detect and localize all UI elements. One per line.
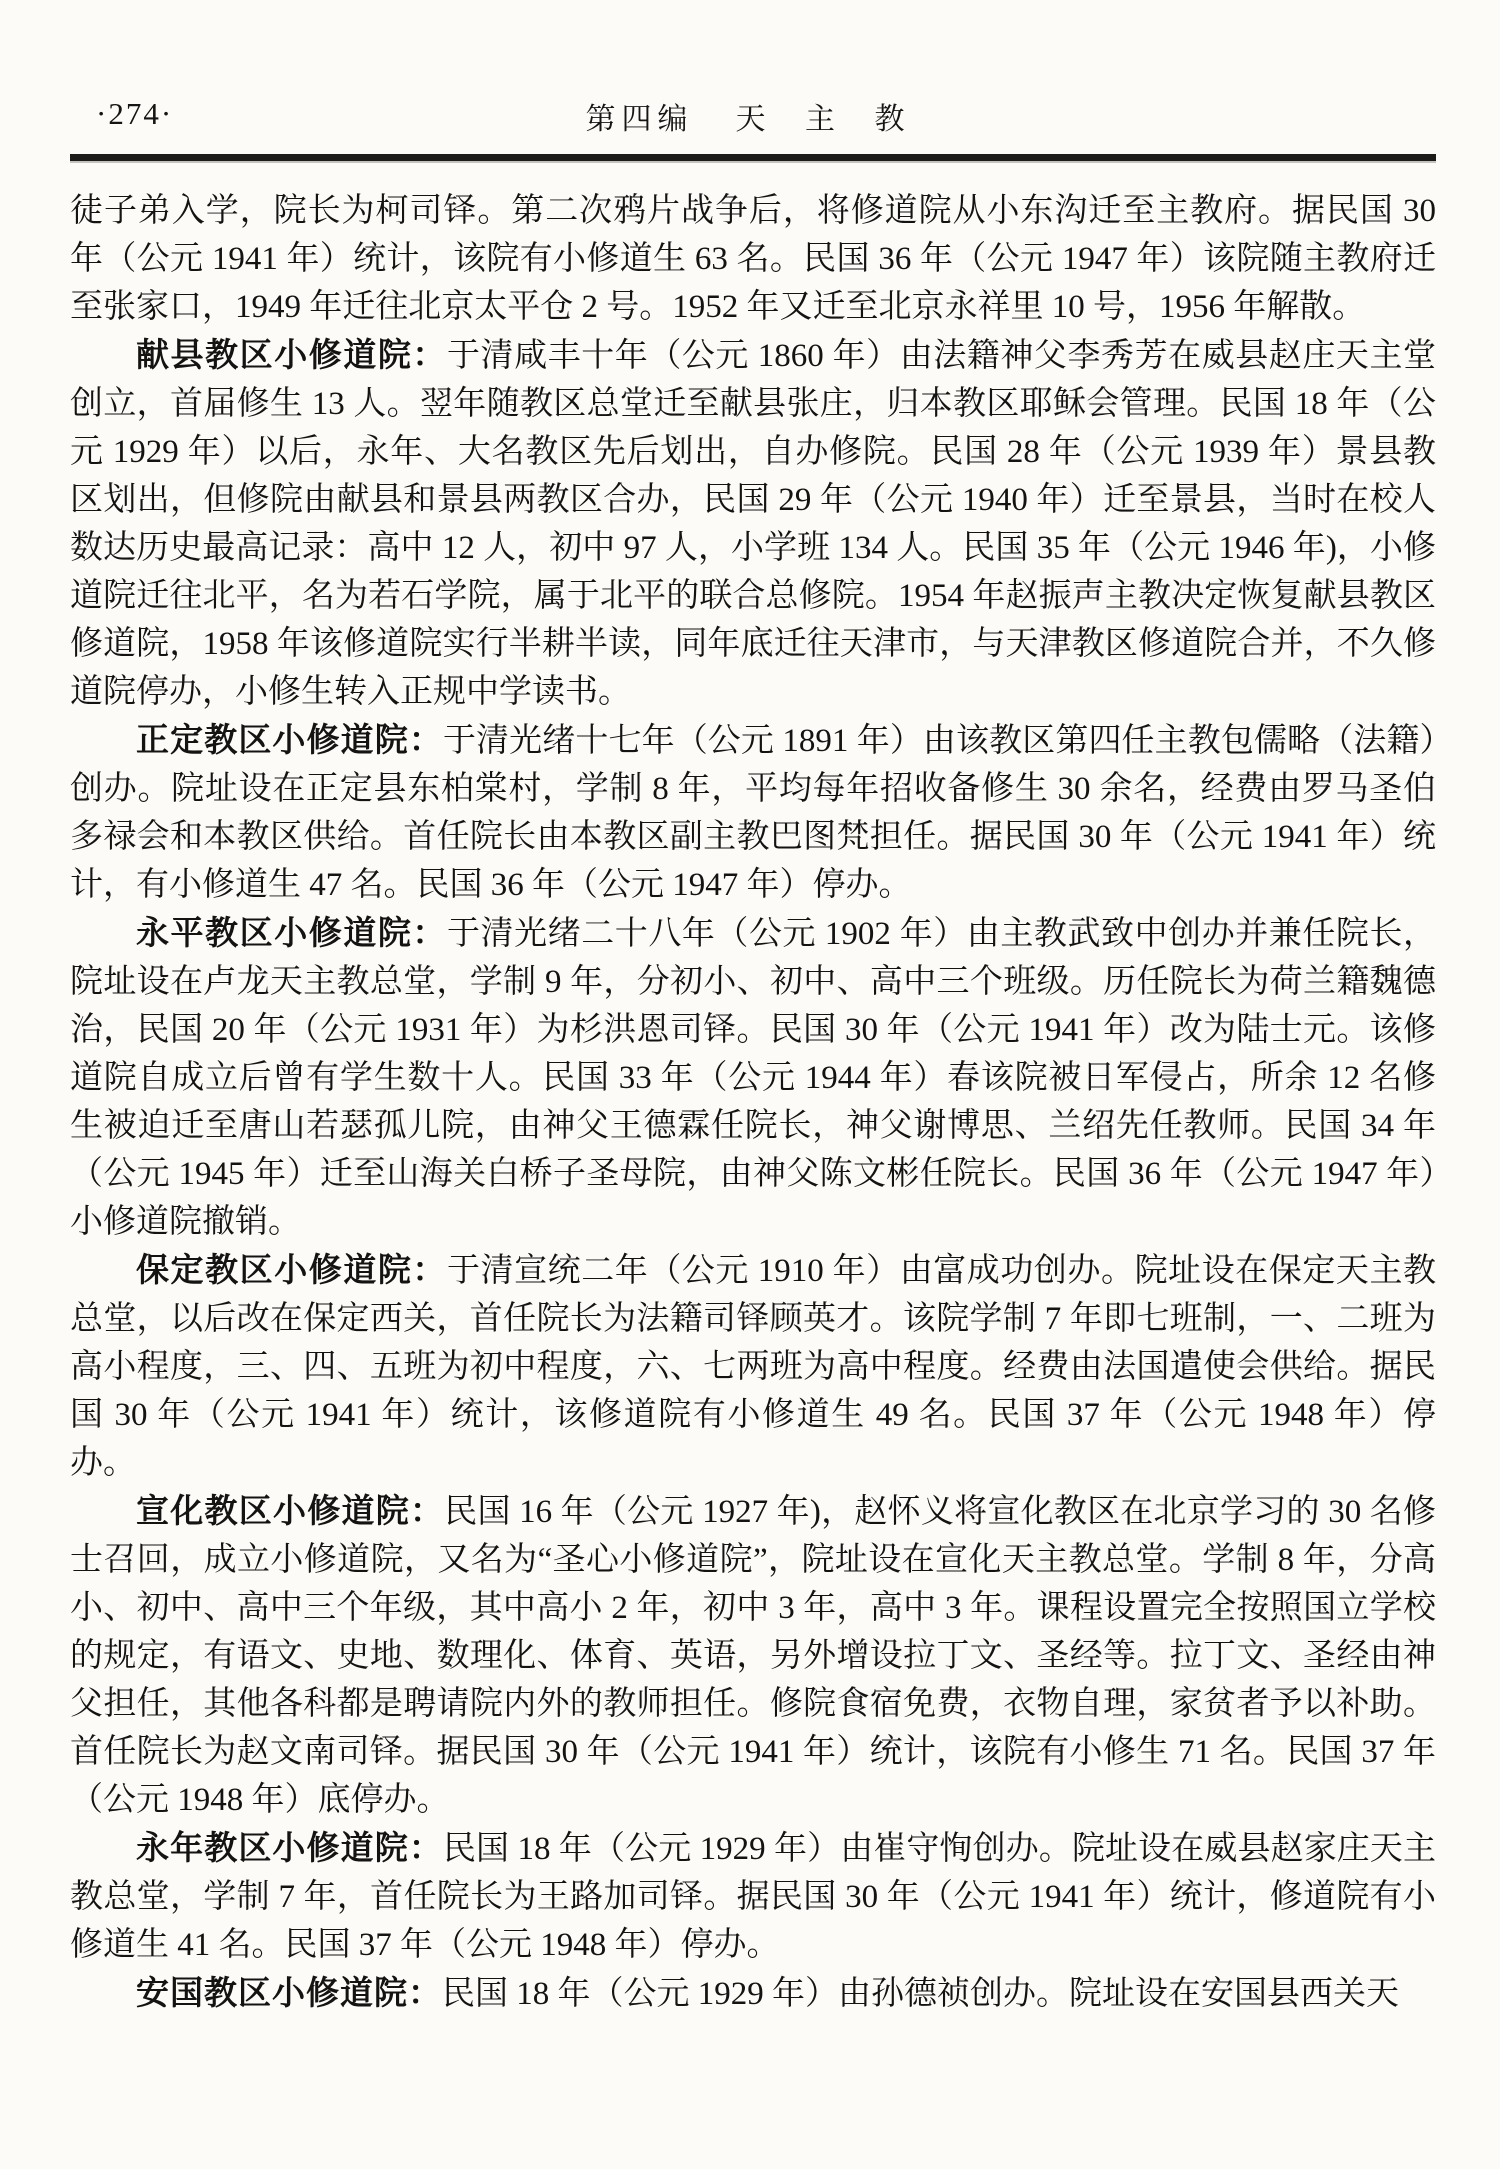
- book-page: ·274· 第四编天 主 教 徒子弟入学，院长为柯司铎。第二次鸦片战争后，将修道…: [0, 0, 1500, 2169]
- seminary-name-heading: 正定教区小修道院：: [136, 721, 443, 758]
- seminary-paragraph-yongping: 永平教区小修道院：于清光绪二十八年（公元 1902 年）由主教武致中创办并兼任院…: [70, 909, 1436, 1246]
- header-rule: [70, 154, 1436, 161]
- seminary-paragraph-baoding: 保定教区小修道院：于清宣统二年（公元 1910 年）由富成功创办。院址设在保定天…: [70, 1246, 1436, 1487]
- page-header: ·274· 第四编天 主 教: [70, 90, 1436, 136]
- paragraph-text: 于清光绪二十八年（公元 1902 年）由主教武致中创办并兼任院长，院址设在卢龙天…: [70, 916, 1436, 1240]
- seminary-name-heading: 保定教区小修道院：: [136, 1251, 447, 1288]
- seminary-name-heading: 永平教区小修道院：: [136, 914, 447, 951]
- seminary-name-heading: 安国教区小修道院：: [136, 1974, 442, 2011]
- running-title: 第四编天 主 教: [70, 94, 1436, 138]
- seminary-name-heading: 献县教区小修道院：: [136, 336, 447, 373]
- paragraph-text: 徒子弟入学，院长为柯司铎。第二次鸦片战争后，将修道院从小东沟迁至主教府。据民国 …: [70, 193, 1436, 325]
- section-subject: 天 主 教: [736, 103, 921, 136]
- page-body: 徒子弟入学，院长为柯司铎。第二次鸦片战争后，将修道院从小东沟迁至主教府。据民国 …: [70, 187, 1436, 2018]
- paragraph-text: 民国 18 年（公元 1929 年）由孙德祯创办。院址设在安国县西关天: [442, 1976, 1399, 2012]
- seminary-name-heading: 宣化教区小修道院：: [136, 1492, 444, 1529]
- seminary-name-heading: 永年教区小修道院：: [136, 1829, 443, 1866]
- seminary-paragraph-xuanhua: 宣化教区小修道院：民国 16 年（公元 1927 年)，赵怀义将宣化教区在北京学…: [70, 1487, 1436, 1824]
- section-label: 第四编: [586, 103, 694, 136]
- paragraph-text: 于清咸丰十年（公元 1860 年）由法籍神父李秀芳在威县赵庄天主堂创立，首届修生…: [70, 338, 1436, 710]
- paragraph-text: 民国 16 年（公元 1927 年)，赵怀义将宣化教区在北京学习的 30 名修士…: [70, 1494, 1436, 1818]
- seminary-paragraph-xianxian: 献县教区小修道院：于清咸丰十年（公元 1860 年）由法籍神父李秀芳在威县赵庄天…: [70, 331, 1436, 716]
- seminary-paragraph-yongnian: 永年教区小修道院：民国 18 年（公元 1929 年）由崔守恂创办。院址设在威县…: [70, 1824, 1436, 1969]
- continued-paragraph: 徒子弟入学，院长为柯司铎。第二次鸦片战争后，将修道院从小东沟迁至主教府。据民国 …: [70, 187, 1436, 331]
- seminary-paragraph-anguo: 安国教区小修道院：民国 18 年（公元 1929 年）由孙德祯创办。院址设在安国…: [70, 1969, 1436, 2018]
- seminary-paragraph-zhengding: 正定教区小修道院：于清光绪十七年（公元 1891 年）由该教区第四任主教包儒略（…: [70, 716, 1436, 909]
